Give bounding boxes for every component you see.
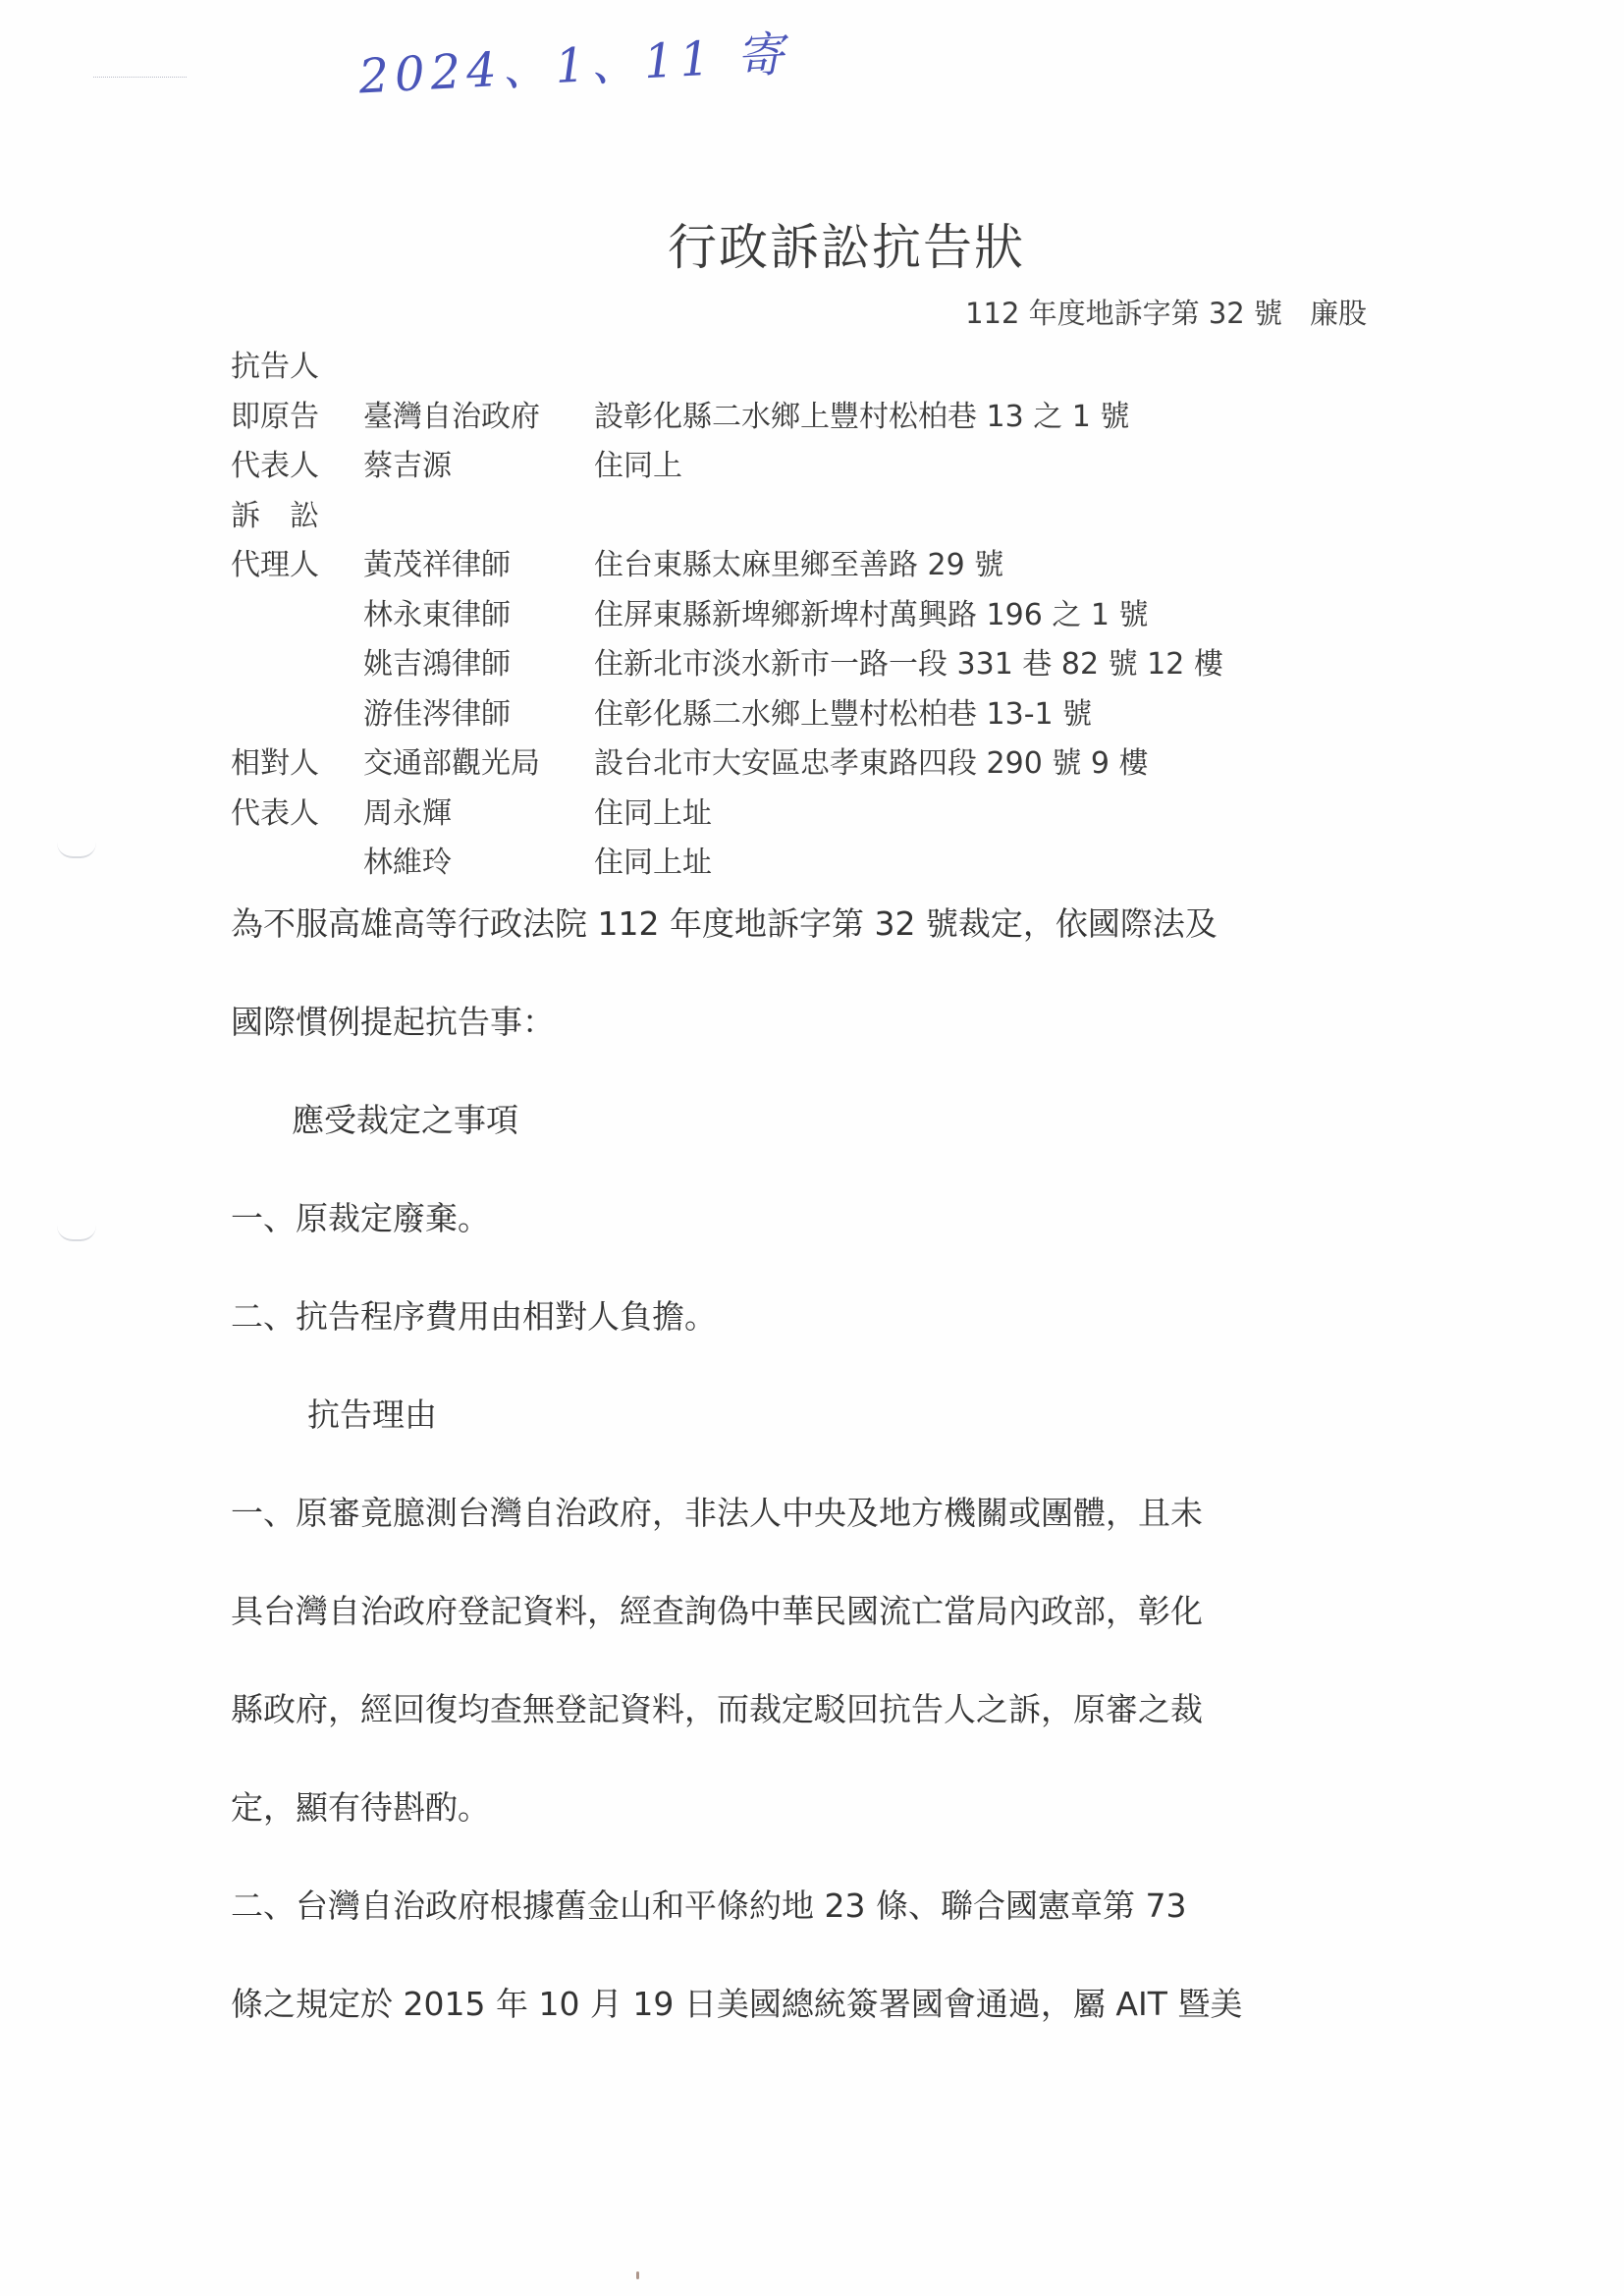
punch-hole-mark bbox=[57, 843, 96, 858]
court-division: 廉股 bbox=[1310, 297, 1367, 330]
request-item: 二、抗告程序費用由相對人負擔。 bbox=[231, 1291, 1370, 1390]
scan-artifact bbox=[93, 77, 187, 83]
party-row: 代表人 周永輝 住同上址 bbox=[231, 786, 1223, 836]
party-row: 林維玲 住同上址 bbox=[231, 835, 1223, 885]
request-item: 一、原裁定廢棄。 bbox=[231, 1193, 1370, 1291]
party-role: 相對人 bbox=[231, 738, 363, 782]
reason-line: 縣政府，經回復均查無登記資料，而裁定駁回抗告人之訴，原審之裁 bbox=[231, 1684, 1370, 1782]
party-row: 姚吉鴻律師 住新北市淡水新市一路一段 331 巷 82 號 12 樓 bbox=[231, 636, 1223, 686]
party-name: 姚吉鴻律師 bbox=[363, 639, 594, 683]
section-heading-requests: 應受裁定之事項 bbox=[231, 1095, 1370, 1193]
party-name: 蔡吉源 bbox=[363, 441, 594, 484]
party-row: 即原告 臺灣自治政府 設彰化縣二水鄉上豐村松柏巷 13 之 1 號 bbox=[231, 389, 1223, 439]
party-address: 住同上 bbox=[594, 441, 682, 484]
party-row: 代表人 蔡吉源 住同上 bbox=[231, 438, 1223, 488]
party-address: 住同上址 bbox=[594, 789, 712, 832]
party-role: 即原告 bbox=[231, 392, 363, 435]
party-role: 代表人 bbox=[231, 789, 363, 832]
party-row: 代理人 黃茂祥律師 住台東縣太麻里鄉至善路 29 號 bbox=[231, 537, 1223, 587]
party-address: 住屏東縣新埤鄉新埤村萬興路 196 之 1 號 bbox=[594, 590, 1149, 633]
party-row: 游佳涔律師 住彰化縣二水鄉上豐村松柏巷 13-1 號 bbox=[231, 686, 1223, 737]
party-name: 游佳涔律師 bbox=[363, 689, 594, 733]
party-row: 訴 訟 bbox=[231, 488, 1223, 538]
party-address: 住同上址 bbox=[594, 838, 712, 881]
scan-speck bbox=[636, 2271, 639, 2279]
parties-list: 抗告人 即原告 臺灣自治政府 設彰化縣二水鄉上豐村松柏巷 13 之 1 號 代表… bbox=[231, 339, 1223, 885]
party-name: 交通部觀光局 bbox=[363, 738, 594, 782]
reason-line: 定，顯有待斟酌。 bbox=[231, 1782, 1370, 1881]
scanned-document-page: 2024、1、11 寄 行政訴訟抗告狀 112 年度地訴字第 32 號廉股 抗告… bbox=[0, 0, 1624, 2296]
party-name: 周永輝 bbox=[363, 789, 594, 832]
party-address: 住台東縣太麻里鄉至善路 29 號 bbox=[594, 540, 1003, 583]
party-address: 設台北市大安區忠孝東路四段 290 號 9 樓 bbox=[594, 738, 1149, 782]
document-body: 為不服高雄高等行政法院 112 年度地訴字第 32 號裁定，依國際法及 國際慣例… bbox=[231, 899, 1370, 2077]
party-role: 代理人 bbox=[231, 540, 363, 583]
party-name: 臺灣自治政府 bbox=[363, 392, 594, 435]
reason-line: 一、原審竟臆測台灣自治政府，非法人中央及地方機關或團體，且未 bbox=[231, 1488, 1370, 1586]
section-heading-reasons: 抗告理由 bbox=[231, 1390, 1370, 1488]
party-row: 抗告人 bbox=[231, 339, 1223, 389]
party-row: 相對人 交通部觀光局 設台北市大安區忠孝東路四段 290 號 9 樓 bbox=[231, 736, 1223, 786]
punch-hole-mark bbox=[57, 1226, 96, 1241]
party-role: 抗告人 bbox=[231, 342, 363, 385]
party-address: 設彰化縣二水鄉上豐村松柏巷 13 之 1 號 bbox=[594, 392, 1129, 435]
party-address: 住彰化縣二水鄉上豐村松柏巷 13-1 號 bbox=[594, 689, 1092, 733]
case-number: 112 年度地訴字第 32 號廉股 bbox=[965, 292, 1367, 332]
reason-line: 具台灣自治政府登記資料，經查詢偽中華民國流亡當局內政部，彰化 bbox=[231, 1586, 1370, 1684]
party-role: 代表人 bbox=[231, 441, 363, 484]
party-row: 林永東律師 住屏東縣新埤鄉新埤村萬興路 196 之 1 號 bbox=[231, 587, 1223, 637]
case-number-text: 112 年度地訴字第 32 號 bbox=[965, 297, 1282, 330]
party-role: 訴 訟 bbox=[231, 491, 363, 534]
party-name: 黃茂祥律師 bbox=[363, 540, 594, 583]
reason-line: 二、台灣自治政府根據舊金山和平條約地 23 條、聯合國憲章第 73 bbox=[231, 1881, 1370, 1979]
intro-line: 國際慣例提起抗告事： bbox=[231, 997, 1370, 1095]
party-name: 林維玲 bbox=[363, 838, 594, 881]
intro-line: 為不服高雄高等行政法院 112 年度地訴字第 32 號裁定，依國際法及 bbox=[231, 899, 1370, 997]
document-title: 行政訴訟抗告狀 bbox=[0, 208, 1624, 279]
handwritten-date-note: 2024、1、11 寄 bbox=[356, 17, 790, 107]
party-name: 林永東律師 bbox=[363, 590, 594, 633]
reason-line: 條之規定於 2015 年 10 月 19 日美國總統簽署國會通過，屬 AIT 暨… bbox=[231, 1979, 1370, 2077]
party-address: 住新北市淡水新市一路一段 331 巷 82 號 12 樓 bbox=[594, 639, 1223, 683]
